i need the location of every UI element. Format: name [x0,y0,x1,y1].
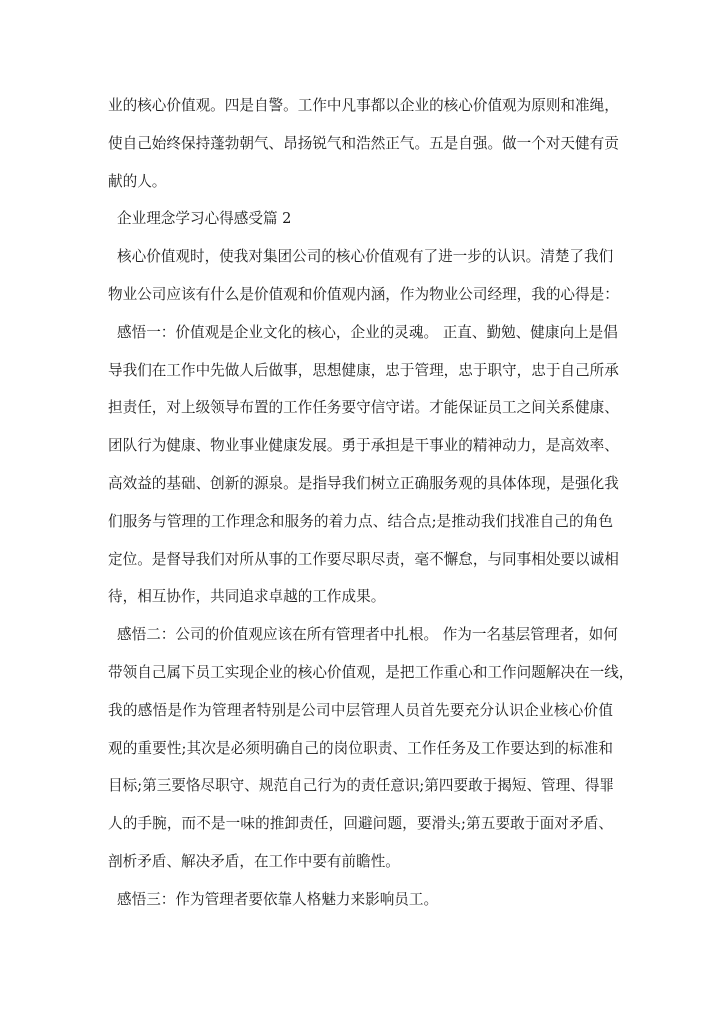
paragraph-start-insight-3: 感悟三：作为管理者要依靠人格魅力来影响员工。 [108,881,613,919]
body-line: 人的手腕，而不是一味的推卸责任，回避问题，要滑头;第五要敢于面对矛盾、 [108,805,613,843]
paragraph-start-insight-2: 感悟二：公司的价值观应该在所有管理者中扎根。 作为一名基层管理者，如何 [108,616,613,654]
body-line: 带领自己属下员工实现企业的核心价值观，是把工作重心和工作问题解决在一线， [108,654,613,692]
body-line: 导我们在工作中先做人后做事，思想健康，忠于管理，忠于职守，忠于自己所承 [108,352,613,390]
body-line: 观的重要性;其次是必须明确自己的岗位职责、工作任务及工作要达到的标准和 [108,730,613,768]
body-line: 担责任，对上级领导布置的工作任务要守信守诺。才能保证员工之间关系健康、 [108,389,613,427]
body-line: 我的感悟是作为管理者特别是公司中层管理人员首先要充分认识企业核心价值 [108,692,613,730]
body-line: 业的核心价值观。四是自警。工作中凡事都以企业的核心价值观为原则和准绳， [108,87,613,125]
body-line: 定位。是督导我们对所从事的工作要尽职尽责，毫不懈怠，与同事相处要以诚相 [108,541,613,579]
paragraph-start: 核心价值观时，使我对集团公司的核心价值观有了进一步的认识。清楚了我们 [108,238,613,276]
body-line: 团队行为健康、物业事业健康发展。勇于承担是干事业的精神动力，是高效率、 [108,427,613,465]
body-line: 高效益的基础、创新的源泉。是指导我们树立正确服务观的具体体现，是强化我 [108,465,613,503]
body-line: 物业公司应该有什么是价值观和价值观内涵，作为物业公司经理，我的心得是： [108,276,613,314]
body-line: 剖析矛盾、解决矛盾，在工作中要有前瞻性。 [108,843,613,881]
document-body: 业的核心价值观。四是自警。工作中凡事都以企业的核心价值观为原则和准绳， 使自己始… [108,87,613,919]
body-line: 使自己始终保持蓬勃朝气、昂扬锐气和浩然正气。五是自强。做一个对天健有贡 [108,125,613,163]
body-line: 献的人。 [108,163,613,201]
paragraph-start-insight-1: 感悟一：价值观是企业文化的核心，企业的灵魂。 正直、勤勉、健康向上是倡 [108,314,613,352]
document-page: 业的核心价值观。四是自警。工作中凡事都以企业的核心价值观为原则和准绳， 使自己始… [0,0,721,1020]
body-line: 们服务与管理的工作理念和服务的着力点、结合点;是推动我们找准自己的角色 [108,503,613,541]
body-line: 待，相互协作，共同追求卓越的工作成果。 [108,578,613,616]
body-line: 目标;第三要恪尽职守、规范自己行为的责任意识;第四要敢于揭短、管理、得罪 [108,767,613,805]
section-title: 企业理念学习心得感受篇 2 [108,200,613,238]
